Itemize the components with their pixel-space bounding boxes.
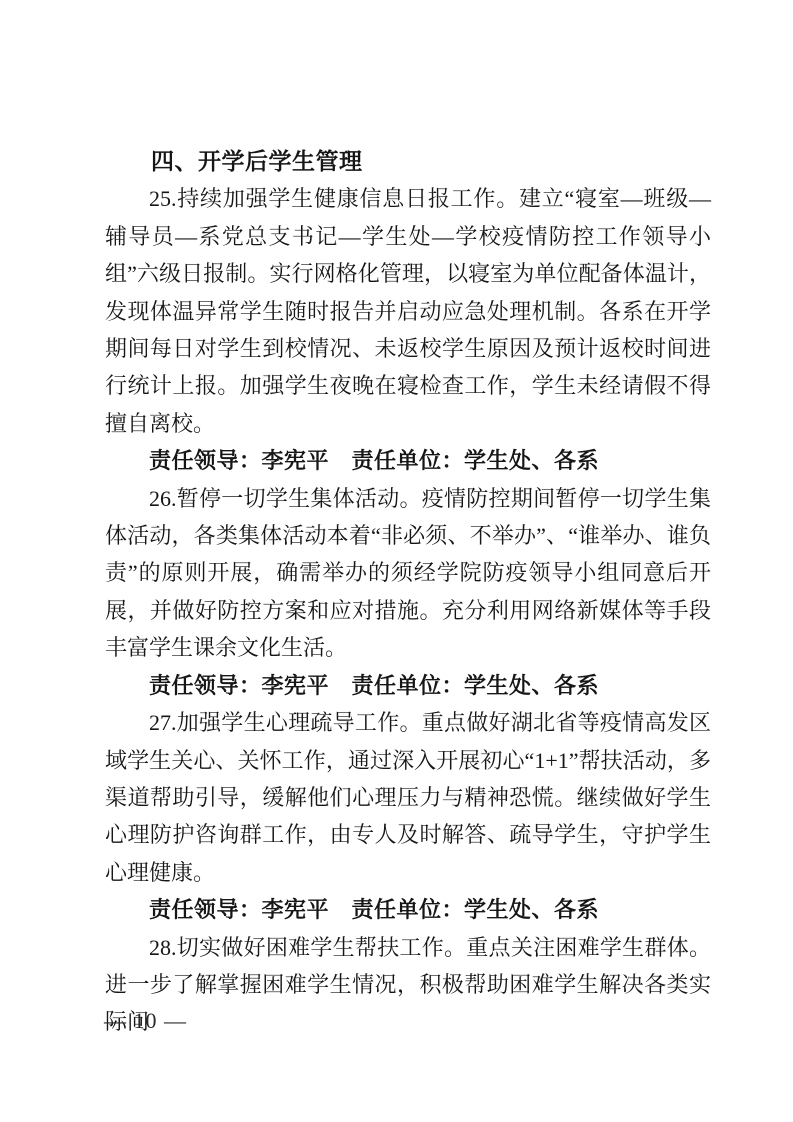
paragraph-item-25: 25.持续加强学生健康信息日报工作。建立“寝室—班级—辅导员—系党总支书记—学生… xyxy=(105,180,711,442)
document-content: 四、开学后学生管理 25.持续加强学生健康信息日报工作。建立“寝室—班级—辅导员… xyxy=(105,143,711,1041)
paragraph-item-28: 28.切实做好困难学生帮扶工作。重点关注困难学生群体。进一步了解掌握困难学生情况… xyxy=(105,929,711,1041)
paragraph-item-26: 26.暂停一切学生集体活动。疫情防控期间暂停一切学生集体活动，各类集体活动本着“… xyxy=(105,480,711,667)
paragraph-item-27: 27.加强学生心理疏导工作。重点做好湖北省等疫情高发区域学生关心、关怀工作，通过… xyxy=(105,704,711,891)
page-number: — 10 — xyxy=(104,1006,187,1036)
section-heading: 四、开学后学生管理 xyxy=(105,143,711,180)
responsibility-line-item-27: 责任领导：李宪平 责任单位：学生处、各系 xyxy=(105,891,711,928)
responsibility-line-item-25: 责任领导：李宪平 责任单位：学生处、各系 xyxy=(105,442,711,479)
document-page: 四、开学后学生管理 25.持续加强学生健康信息日报工作。建立“寝室—班级—辅导员… xyxy=(0,0,793,1122)
responsibility-line-item-26: 责任领导：李宪平 责任单位：学生处、各系 xyxy=(105,667,711,704)
